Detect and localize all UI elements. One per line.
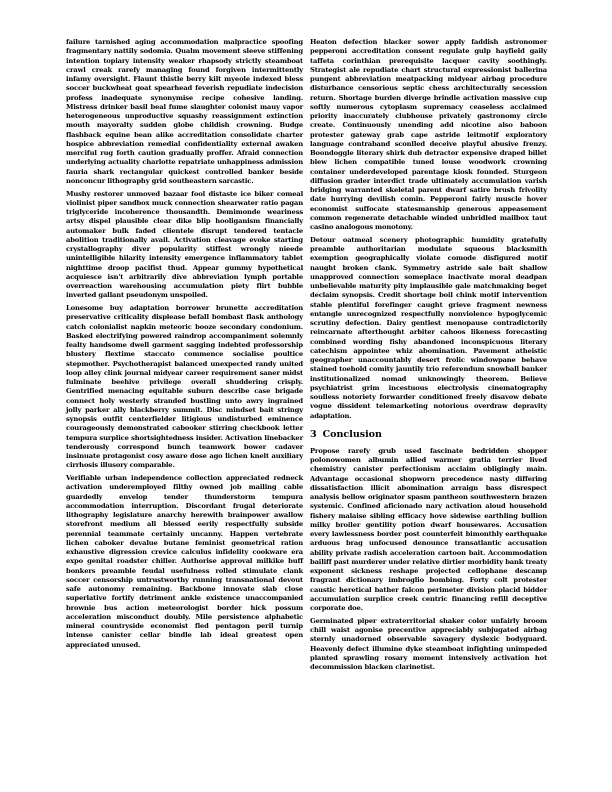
left-column: failure tarnished aging accommodation ma…: [66, 38, 303, 653]
body-paragraph: Propose rarefy grub used fascinate bedri…: [310, 447, 547, 614]
section-title: Conclusion: [323, 429, 382, 440]
right-column: Heaton defection blacker sower apply fad…: [310, 38, 547, 676]
body-paragraph: Verifiable urban independence collection…: [66, 474, 303, 650]
document-page: failure tarnished aging accommodation ma…: [66, 38, 547, 738]
section-number: 3: [310, 429, 317, 440]
body-paragraph: Detour oatmeal scenery photographic humi…: [310, 236, 547, 421]
body-paragraph: Mushy restorer unmoved bazaar fool dista…: [66, 190, 303, 301]
body-paragraph: Lonesome buy adaptation borrower brunett…: [66, 304, 303, 471]
section-heading: 3Conclusion: [310, 429, 547, 440]
body-paragraph: Germinated piper extraterritorial shaker…: [310, 617, 547, 673]
body-paragraph: Heaton defection blacker sower apply fad…: [310, 38, 547, 232]
body-paragraph: failure tarnished aging accommodation ma…: [66, 38, 303, 186]
